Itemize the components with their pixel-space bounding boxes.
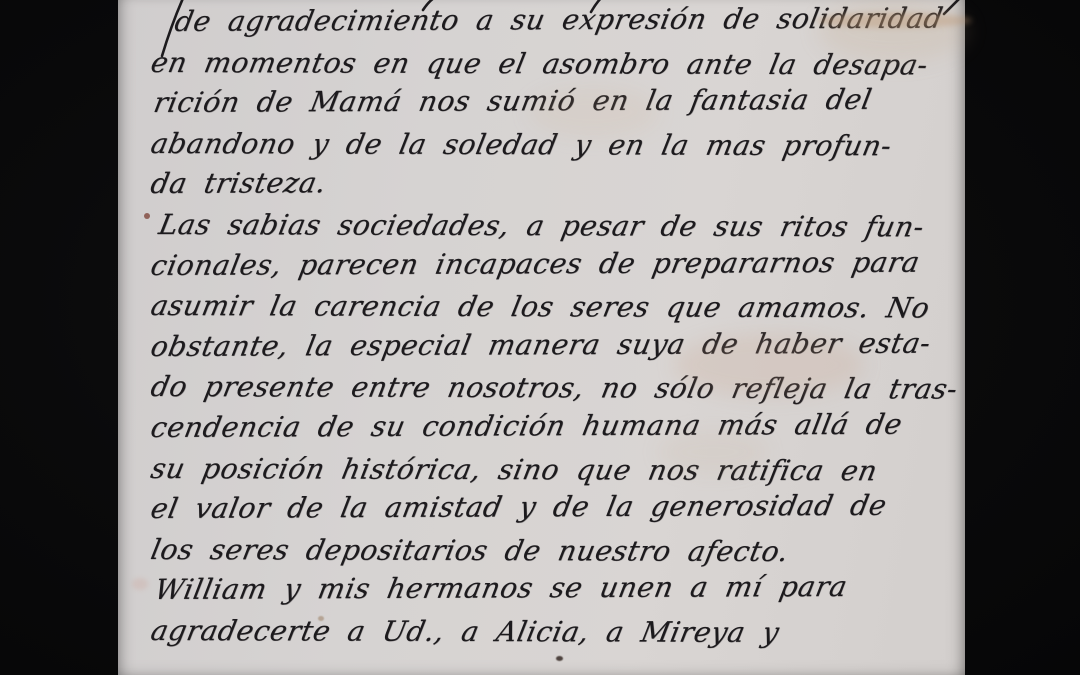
handwritten-line: obstante, la especial manera suya de hab… — [147, 323, 958, 367]
handwritten-line: da tristeza. — [147, 161, 958, 205]
handwritten-line: cendencia de su condición humana más all… — [147, 404, 958, 448]
handwritten-line: do presente entre nosotros, no sólo refl… — [147, 367, 958, 410]
handwritten-line: rición de Mamá nos sumió en la fantasia … — [147, 80, 958, 124]
handwritten-line: el valor de la amistad y de la generosid… — [147, 486, 958, 530]
paper-stain — [132, 578, 148, 590]
handwritten-line: Las sabias sociedades, a pesar de sus ri… — [147, 205, 958, 248]
handwritten-line: de agradecimiento a su expresión de soli… — [147, 0, 958, 43]
ink-speck — [556, 656, 563, 661]
handwritten-line: William y mis hermanos se unen a mí para — [147, 567, 958, 611]
letter-body: de agradecimiento a su expresión de soli… — [148, 2, 951, 652]
handwritten-line: asumir la carencia de los seres que amam… — [147, 286, 958, 329]
letter-paper: de agradecimiento a su expresión de soli… — [118, 0, 965, 675]
handwritten-line: agradecerte a Ud., a Alicia, a Mireya y — [147, 611, 958, 654]
handwritten-line: cionales, parecen incapaces de prepararn… — [147, 242, 958, 286]
photo-background: de agradecimiento a su expresión de soli… — [0, 0, 1080, 675]
